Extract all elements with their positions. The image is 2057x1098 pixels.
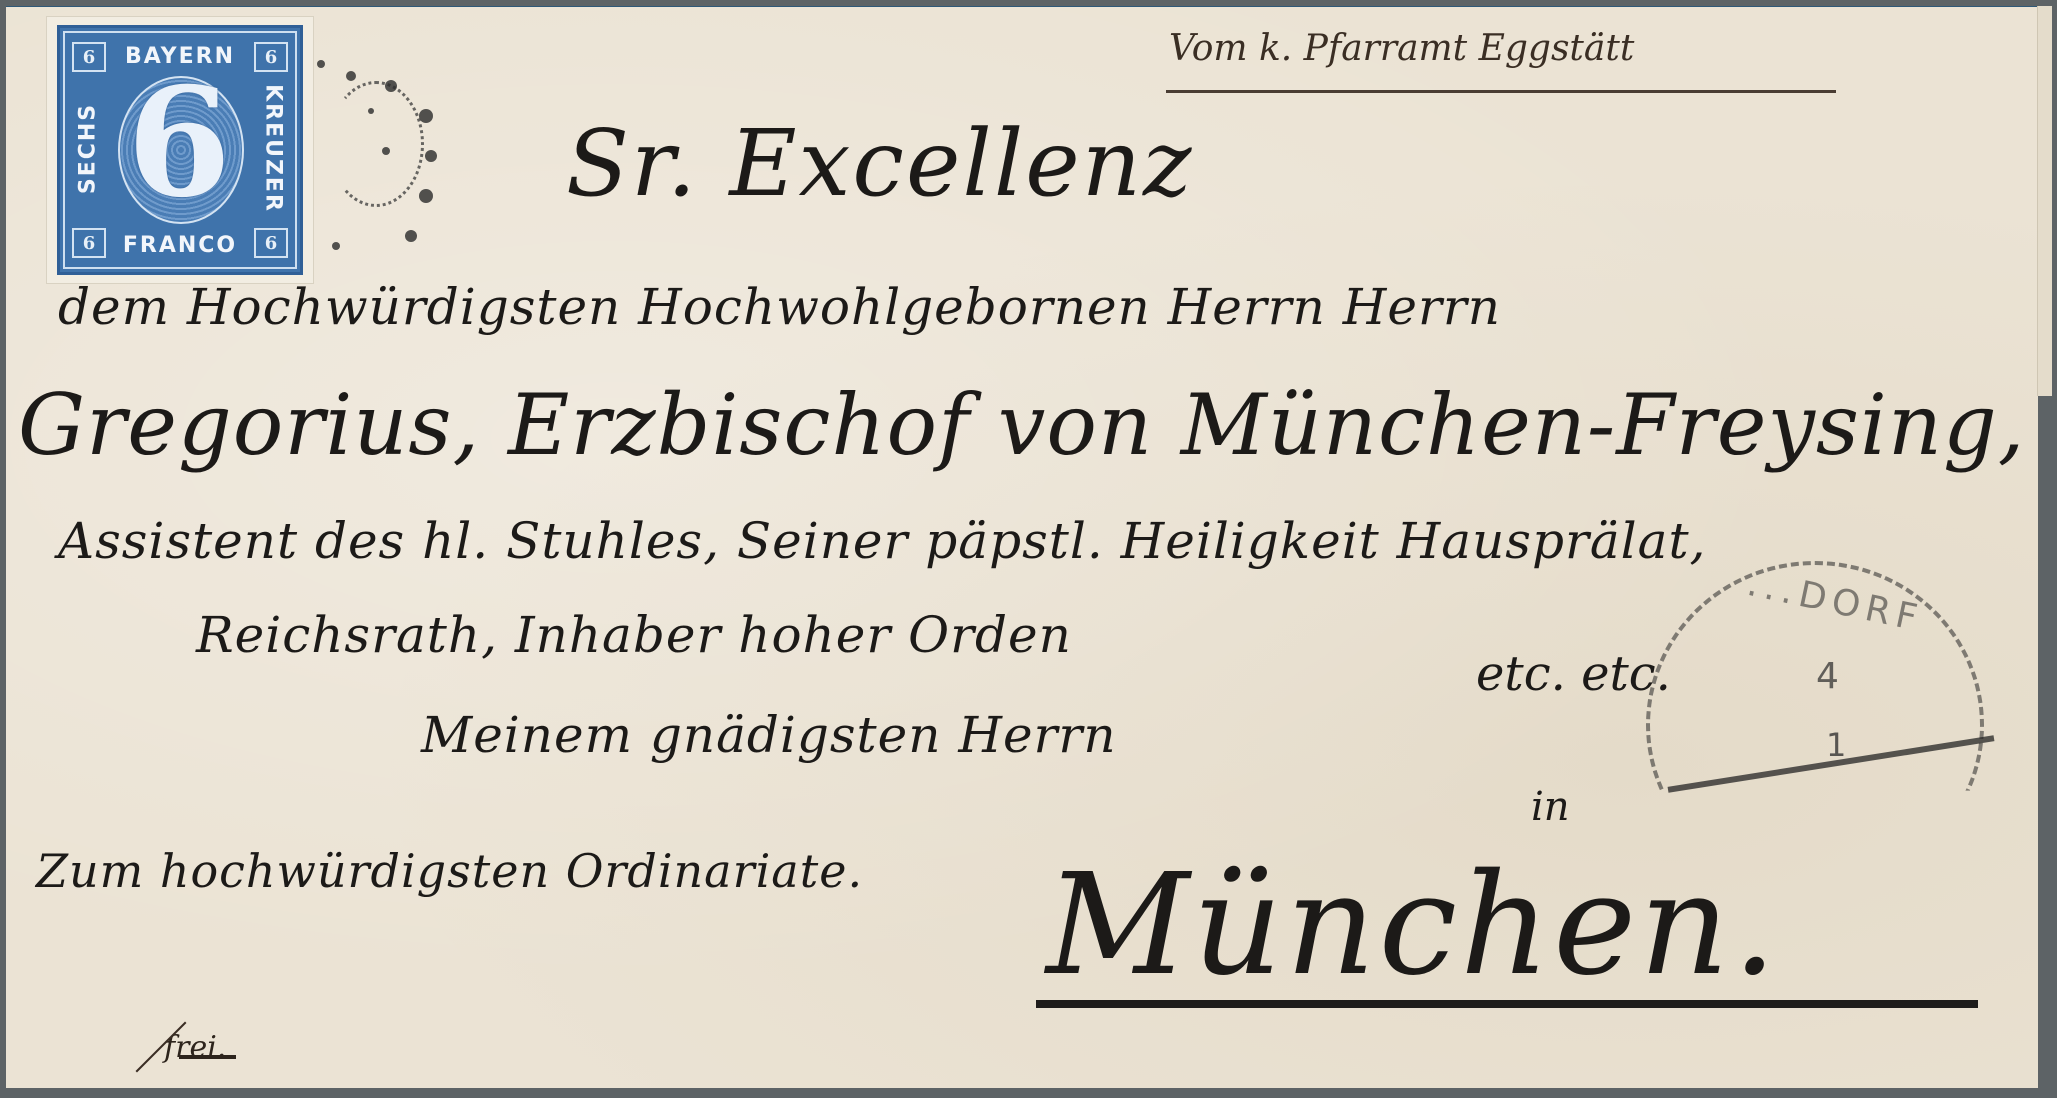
postmark-hour: 1 xyxy=(1826,726,1846,764)
address-line-reichsrath: Reichsrath, Inhaber hoher Orden xyxy=(196,606,1072,664)
address-preposition: in xyxy=(1531,784,1570,830)
address-city: München. xyxy=(1046,844,1780,1007)
address-etc: etc. etc. xyxy=(1476,646,1671,702)
address-line-titles: Assistent des hl. Stuhles, Seiner päpstl… xyxy=(58,512,1706,570)
sender-note: Vom k. Pfarramt Eggstätt xyxy=(1169,28,1634,69)
stamp-frame: 6 6 6 6 BAYERN FRANCO SECHS KREUZER 6 xyxy=(57,25,303,275)
salutation: Sr. Excellenz xyxy=(566,110,1193,217)
frei-underline xyxy=(179,1055,236,1059)
cancel-dots xyxy=(311,56,461,256)
sender-underline xyxy=(1166,90,1836,93)
address-line-gracious-lord: Meinem gnädigsten Herrn xyxy=(421,706,1117,764)
stamp-franco-label: FRANCO xyxy=(60,233,300,258)
envelope: 6 6 6 6 BAYERN FRANCO SECHS KREUZER 6 Vo… xyxy=(6,6,2038,1088)
postmark-day: 4 xyxy=(1816,656,1839,697)
address-line-honorific: dem Hochwürdigsten Hochwohlgebornen Herr… xyxy=(58,278,1501,336)
city-underline xyxy=(1036,1000,1978,1008)
stamp-kreuzer-label: KREUZER xyxy=(261,64,286,234)
arrival-postmark: ...DORF 4 1 xyxy=(1646,561,2006,821)
stamp-value-numeral: 6 xyxy=(118,68,240,218)
address-line-name: Gregorius, Erzbischof von München-Freysi… xyxy=(18,376,2025,474)
bavaria-6-kreuzer-stamp: 6 6 6 6 BAYERN FRANCO SECHS KREUZER 6 xyxy=(46,16,314,284)
envelope-flap-edge xyxy=(2037,6,2052,396)
office-note: Zum hochwürdigsten Ordinariate. xyxy=(36,844,863,898)
stamp-sechs-label: SECHS xyxy=(76,69,101,229)
